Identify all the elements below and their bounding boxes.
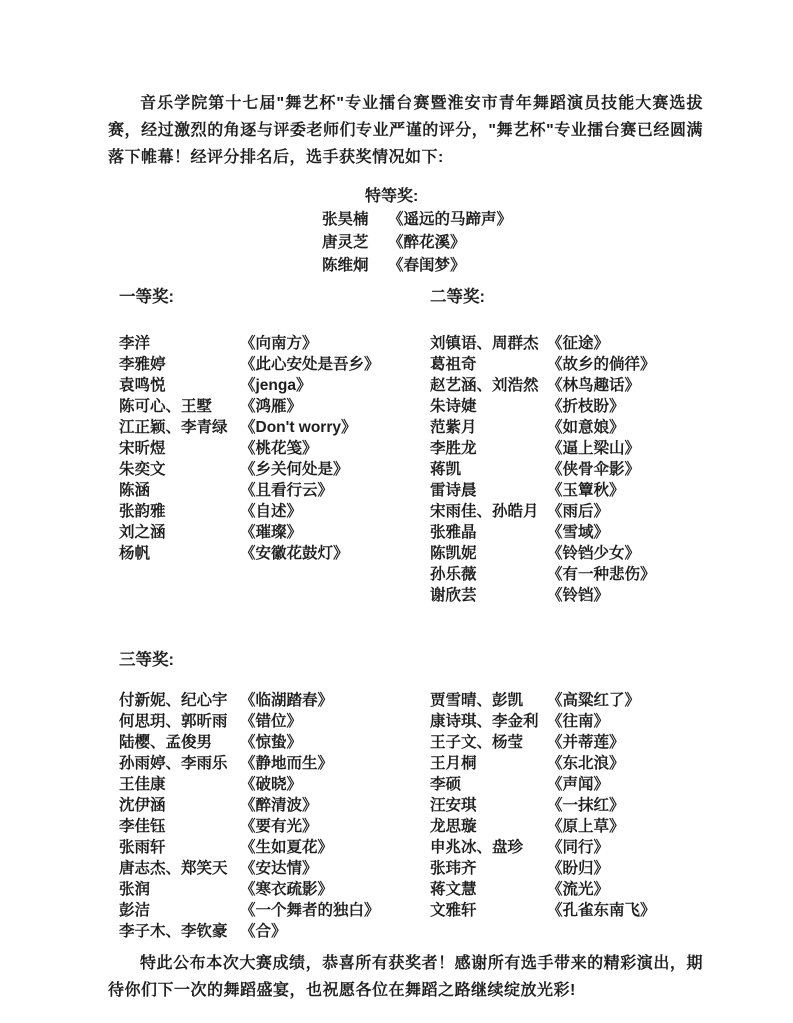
winner-row: 康诗琪、李金利 《往南》 (430, 711, 703, 732)
winner-row: 付新妮、纪心宇 《临湖踏春》 (119, 690, 430, 711)
work-title: 《铃铛》 (547, 585, 609, 606)
winner-row: 陈可心、王墅 《鸿雁》 (119, 396, 430, 417)
first-second-prize-area: 一等奖: 李洋 《向南方》 李雅婷 《此心安处是吾乡》 (119, 287, 703, 606)
winner-name: 龙思璇 (430, 816, 547, 837)
first-prize-list: 李洋 《向南方》 李雅婷 《此心安处是吾乡》 袁鸣悦 《jenga》 (119, 333, 430, 564)
third-prize-list-left: 付新妮、纪心宇 《临湖踏春》 何思玥、郭昕雨 《错位》 陆樱、孟俊男 《惊蛰》 (119, 690, 430, 942)
winner-row: 袁鸣悦 《jenga》 (119, 375, 430, 396)
work-title: 《遥远的马蹄声》 (388, 208, 512, 231)
work-title: 《自述》 (240, 501, 302, 522)
document-content: 音乐学院第十七届"舞艺杯"专业擂台赛暨淮安市青年舞蹈演员技能大赛选拔赛，经过激烈… (0, 0, 793, 1004)
winner-name: 李子木、李钦豪 (119, 921, 240, 942)
winner-row: 蒋凯 《侠骨伞影》 (430, 459, 703, 480)
winner-row: 李硕 《声闻》 (430, 774, 703, 795)
work-title: 《往南》 (547, 711, 609, 732)
special-prize-section: 特等奖: 张昊楠 《遥远的马蹄声》 唐灵芝 《醉花溪》 陈维炯 (322, 185, 703, 277)
special-prize-list: 张昊楠 《遥远的马蹄声》 唐灵芝 《醉花溪》 陈维炯 《春闺梦》 (322, 208, 703, 277)
winner-name: 李胜龙 (430, 438, 547, 459)
winner-name: 彭洁 (119, 900, 240, 921)
winner-row: 雷诗晨 《玉簟秋》 (430, 480, 703, 501)
work-title: 《春闺梦》 (388, 254, 466, 277)
work-title: 《破晓》 (240, 774, 302, 795)
winner-row: 陈涵 《且看行云》 (119, 480, 430, 501)
work-title: 《且看行云》 (240, 480, 333, 501)
winner-row: 张润 《寒衣疏影》 (119, 879, 430, 900)
work-title: 《惊蛰》 (240, 732, 302, 753)
third-prize-section: 三等奖: 付新妮、纪心宇 《临湖踏春》 何思玥、郭昕雨 《错位》 (119, 650, 703, 942)
work-title: 《一抹红》 (547, 795, 625, 816)
winner-name: 赵艺涵、刘浩然 (430, 375, 547, 396)
work-title: 《安达情》 (240, 858, 318, 879)
work-title: 《璀璨》 (240, 522, 302, 543)
work-title: 《桃花笺》 (240, 438, 318, 459)
winner-name: 范紫月 (430, 417, 547, 438)
work-title: 《一个舞者的独白》 (240, 900, 380, 921)
winner-row: 葛祖奇 《故乡的倘徉》 (430, 354, 703, 375)
winner-name: 刘之涵 (119, 522, 240, 543)
winner-name: 陈凯妮 (430, 543, 547, 564)
winner-row: 何思玥、郭昕雨 《错位》 (119, 711, 430, 732)
second-prize-heading: 二等奖: (430, 287, 703, 308)
winner-row: 唐灵芝 《醉花溪》 (322, 231, 703, 254)
winner-row: 张韵雅 《自述》 (119, 501, 430, 522)
winner-name: 唐灵芝 (322, 231, 388, 254)
winner-name: 张雅晶 (430, 522, 547, 543)
second-prize-section: 二等奖: 刘镇语、周群杰 《征途》 葛祖奇 《故乡的倘徉》 (430, 287, 703, 606)
intro-paragraph: 音乐学院第十七届"舞艺杯"专业擂台赛暨淮安市青年舞蹈演员技能大赛选拔赛，经过激烈… (108, 90, 703, 171)
winner-name: 陈维炯 (322, 254, 388, 277)
winner-row: 杨帆 《安徽花鼓灯》 (119, 543, 430, 564)
winner-name: 张韵雅 (119, 501, 240, 522)
work-title: 《铃铛少女》 (547, 543, 640, 564)
winner-name: 沈伊涵 (119, 795, 240, 816)
work-title: 《故乡的倘徉》 (547, 354, 656, 375)
winner-name: 袁鸣悦 (119, 375, 240, 396)
closing-paragraph: 特此公布本次大赛成绩，恭喜所有获奖者！感谢所有选手带来的精彩演出，期待你们下一次… (108, 950, 703, 1004)
winner-name: 宋雨佳、孙皓月 (430, 501, 547, 522)
winner-name: 张润 (119, 879, 240, 900)
work-title: 《醉花溪》 (388, 231, 466, 254)
winner-row: 陈维炯 《春闺梦》 (322, 254, 703, 277)
winner-name: 蒋文慧 (430, 879, 547, 900)
work-title: 《孔雀东南飞》 (547, 900, 656, 921)
winner-row: 文雅轩 《孔雀东南飞》 (430, 900, 703, 921)
document-page: 音乐学院第十七届"舞艺杯"专业擂台赛暨淮安市青年舞蹈演员技能大赛选拔赛，经过激烈… (0, 0, 793, 1023)
winner-row: 贾雪晴、彭凯 《高粱红了》 (430, 690, 703, 711)
third-prize-list-right: 贾雪晴、彭凯 《高粱红了》 康诗琪、李金利 《往南》 王子文、杨莹 《并蒂莲》 (430, 690, 703, 942)
work-title: 《如意娘》 (547, 417, 625, 438)
first-prize-section: 一等奖: 李洋 《向南方》 李雅婷 《此心安处是吾乡》 (119, 287, 430, 606)
work-title: 《同行》 (547, 837, 609, 858)
special-prize-heading: 特等奖: (365, 185, 703, 208)
winner-name: 张玮齐 (430, 858, 547, 879)
winner-row: 陈凯妮 《铃铛少女》 (430, 543, 703, 564)
winner-row: 王子文、杨莹 《并蒂莲》 (430, 732, 703, 753)
winner-row: 朱诗婕 《折枝盼》 (430, 396, 703, 417)
work-title: 《林鸟趣话》 (547, 375, 640, 396)
work-title: 《此心安处是吾乡》 (240, 354, 380, 375)
winner-name: 文雅轩 (430, 900, 547, 921)
winner-name: 杨帆 (119, 543, 240, 564)
work-title: 《错位》 (240, 711, 302, 732)
winner-row: 孙雨婷、李雨乐 《静地而生》 (119, 753, 430, 774)
winner-row: 张玮齐 《盼归》 (430, 858, 703, 879)
work-title: 《合》 (240, 921, 287, 942)
winner-name: 孙乐薇 (430, 564, 547, 585)
work-title: 《寒衣疏影》 (240, 879, 333, 900)
work-title: 《玉簟秋》 (547, 480, 625, 501)
winner-row: 彭洁 《一个舞者的独白》 (119, 900, 430, 921)
winner-name: 唐志杰、郑笑天 (119, 858, 240, 879)
winner-name: 李硕 (430, 774, 547, 795)
work-title: 《乡关何处是》 (240, 459, 349, 480)
closing-area: 特此公布本次大赛成绩，恭喜所有获奖者！感谢所有选手带来的精彩演出，期待你们下一次… (108, 950, 703, 1004)
third-prize-heading: 三等奖: (119, 650, 703, 671)
winner-row: 李洋 《向南方》 (119, 333, 430, 354)
winner-row: 孙乐薇 《有一种悲伤》 (430, 564, 703, 585)
work-title: 《盼归》 (547, 858, 609, 879)
winner-name: 李佳钰 (119, 816, 240, 837)
winner-name: 陈涵 (119, 480, 240, 501)
winner-name: 张雨轩 (119, 837, 240, 858)
work-title: 《有一种悲伤》 (547, 564, 656, 585)
winner-name: 康诗琪、李金利 (430, 711, 547, 732)
work-title: 《原上草》 (547, 816, 625, 837)
winner-name: 谢欣芸 (430, 585, 547, 606)
winner-name: 雷诗晨 (430, 480, 547, 501)
second-prize-list: 刘镇语、周群杰 《征途》 葛祖奇 《故乡的倘徉》 赵艺涵、刘浩然 《 (430, 333, 703, 606)
work-title: 《声闻》 (547, 774, 609, 795)
winner-name: 宋昕煜 (119, 438, 240, 459)
winner-row: 范紫月 《如意娘》 (430, 417, 703, 438)
work-title: 《并蒂莲》 (547, 732, 625, 753)
winner-row: 赵艺涵、刘浩然 《林鸟趣话》 (430, 375, 703, 396)
winner-row: 蒋文慧 《流光》 (430, 879, 703, 900)
winner-name: 贾雪晴、彭凯 (430, 690, 547, 711)
winner-name: 蒋凯 (430, 459, 547, 480)
winner-row: 刘镇语、周群杰 《征途》 (430, 333, 703, 354)
winner-name: 张昊楠 (322, 208, 388, 231)
winner-row: 李佳钰 《要有光》 (119, 816, 430, 837)
winner-row: 刘之涵 《璀璨》 (119, 522, 430, 543)
work-title: 《征途》 (547, 333, 609, 354)
work-title: 《鸿雁》 (240, 396, 302, 417)
work-title: 《jenga》 (240, 375, 311, 396)
winner-row: 王佳康 《破晓》 (119, 774, 430, 795)
winner-row: 沈伊涵 《醉清波》 (119, 795, 430, 816)
winner-row: 张昊楠 《遥远的马蹄声》 (322, 208, 703, 231)
winner-name: 葛祖奇 (430, 354, 547, 375)
work-title: 《逼上梁山》 (547, 438, 640, 459)
winner-name: 王佳康 (119, 774, 240, 795)
work-title: 《生如夏花》 (240, 837, 333, 858)
winner-name: 刘镇语、周群杰 (430, 333, 547, 354)
winner-name: 申兆冰、盘珍 (430, 837, 547, 858)
winner-name: 李雅婷 (119, 354, 240, 375)
winner-row: 龙思璇 《原上草》 (430, 816, 703, 837)
winner-row: 宋昕煜 《桃花笺》 (119, 438, 430, 459)
winner-row: 江正颖、李青绿 《Don't worry》 (119, 417, 430, 438)
winner-row: 李子木、李钦豪 《合》 (119, 921, 430, 942)
work-title: 《醉清波》 (240, 795, 318, 816)
winner-row: 朱奕文 《乡关何处是》 (119, 459, 430, 480)
winner-name: 江正颖、李青绿 (119, 417, 240, 438)
work-title: 《流光》 (547, 879, 609, 900)
first-prize-heading: 一等奖: (119, 287, 430, 308)
work-title: 《高粱红了》 (547, 690, 640, 711)
winner-name: 朱奕文 (119, 459, 240, 480)
work-title: 《临湖踏春》 (240, 690, 333, 711)
winner-row: 张雨轩 《生如夏花》 (119, 837, 430, 858)
winner-name: 陈可心、王墅 (119, 396, 240, 417)
winner-row: 陆樱、孟俊男 《惊蛰》 (119, 732, 430, 753)
winner-name: 王子文、杨莹 (430, 732, 547, 753)
winner-name: 孙雨婷、李雨乐 (119, 753, 240, 774)
work-title: 《折枝盼》 (547, 396, 625, 417)
work-title: 《侠骨伞影》 (547, 459, 640, 480)
winner-row: 唐志杰、郑笑天 《安达情》 (119, 858, 430, 879)
work-title: 《雨后》 (547, 501, 609, 522)
winner-name: 汪安琪 (430, 795, 547, 816)
work-title: 《静地而生》 (240, 753, 333, 774)
winner-name: 王月桐 (430, 753, 547, 774)
winner-row: 李雅婷 《此心安处是吾乡》 (119, 354, 430, 375)
winner-name: 李洋 (119, 333, 240, 354)
winner-row: 谢欣芸 《铃铛》 (430, 585, 703, 606)
work-title: 《要有光》 (240, 816, 318, 837)
winner-row: 王月桐 《东北浪》 (430, 753, 703, 774)
work-title: 《安徽花鼓灯》 (240, 543, 349, 564)
winner-name: 陆樱、孟俊男 (119, 732, 240, 753)
winner-name: 朱诗婕 (430, 396, 547, 417)
work-title: 《东北浪》 (547, 753, 625, 774)
winner-row: 张雅晶 《雪域》 (430, 522, 703, 543)
winner-name: 何思玥、郭昕雨 (119, 711, 240, 732)
winner-row: 申兆冰、盘珍 《同行》 (430, 837, 703, 858)
winner-row: 宋雨佳、孙皓月 《雨后》 (430, 501, 703, 522)
work-title: 《向南方》 (240, 333, 318, 354)
winner-row: 李胜龙 《逼上梁山》 (430, 438, 703, 459)
winner-name: 付新妮、纪心宇 (119, 690, 240, 711)
winner-row: 汪安琪 《一抹红》 (430, 795, 703, 816)
work-title: 《Don't worry》 (240, 417, 357, 438)
work-title: 《雪域》 (547, 522, 609, 543)
